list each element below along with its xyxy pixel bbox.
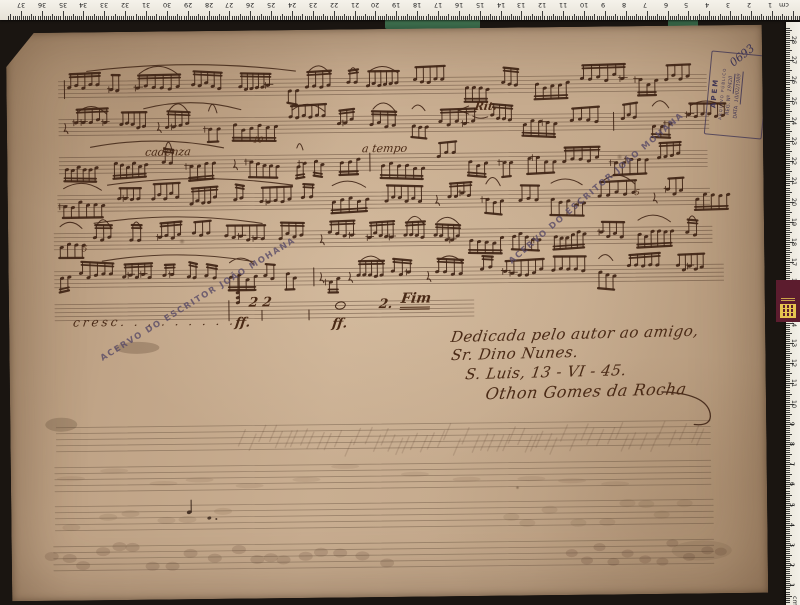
- ruler-tick: [127, 16, 128, 20]
- ruler-number: 17: [434, 1, 442, 9]
- ruler-tick: [267, 16, 268, 20]
- ruler-tick: [786, 416, 790, 417]
- ruler-tick: [786, 499, 790, 500]
- ruler-tick: [786, 107, 790, 108]
- ruler-tick: [148, 16, 149, 20]
- ruler-tick: [561, 16, 562, 20]
- archive-logo-icon: [780, 304, 796, 318]
- ruler-number: 28: [790, 36, 798, 44]
- ruler-tick: [501, 11, 502, 20]
- ruler-number: 23: [309, 1, 317, 9]
- ruler-tick: [786, 248, 790, 249]
- ruler-tick: [65, 16, 66, 20]
- ruler-tick: [33, 16, 34, 20]
- ruler-tick: [42, 11, 43, 20]
- ruler-tick: [46, 16, 47, 20]
- ff-dynamic: ff.: [234, 316, 251, 331]
- ruler-tick: [411, 16, 412, 20]
- ruler-tick: [786, 84, 790, 85]
- ruler-tick: [786, 434, 792, 435]
- ruler-tick: [786, 258, 790, 259]
- ruler-tick: [209, 11, 210, 20]
- ruler-tick: [17, 16, 18, 20]
- ruler-tick: [786, 454, 792, 455]
- ruler-tick: [634, 16, 635, 20]
- ruler-tick: [154, 16, 155, 20]
- ruler-tick: [786, 62, 790, 63]
- ruler-tick: [586, 16, 587, 20]
- ruler-tick: [284, 16, 285, 20]
- ruler-tick: [786, 345, 790, 346]
- ruler-tick: [786, 194, 790, 195]
- ruler-tick: [438, 11, 439, 20]
- ruler-tick: [359, 16, 360, 20]
- ruler-tick: [511, 14, 512, 21]
- ruler-tick: [555, 16, 556, 20]
- ruler-tick: [177, 14, 178, 21]
- ruler-tick: [761, 14, 762, 21]
- ruler-tick: [786, 381, 790, 382]
- ruler-tick: [786, 175, 790, 176]
- ruler-tick: [373, 16, 374, 20]
- fim-marking: Fim: [400, 290, 433, 309]
- ruler-tick: [111, 16, 112, 20]
- ruler-tick: [732, 16, 733, 20]
- ruler-tick: [720, 14, 721, 21]
- cadenza-marking: cadenza: [144, 145, 191, 159]
- ruler-tick: [369, 16, 370, 20]
- ruler-tick: [786, 414, 792, 415]
- ruler-tick: [786, 589, 790, 590]
- ruler-number: 18: [413, 1, 421, 9]
- ruler-tick: [642, 16, 643, 20]
- ruler-number: 27: [225, 1, 233, 9]
- ruler-tick: [211, 16, 212, 20]
- ruler-tick: [536, 16, 537, 20]
- ruler-tick: [603, 16, 604, 20]
- ruler-number: 23: [790, 137, 798, 145]
- ruler-tick: [296, 16, 297, 20]
- ruler-tick: [786, 575, 792, 576]
- ruler-tick: [703, 16, 704, 20]
- ruler-tick: [355, 11, 356, 20]
- ruler-tick: [786, 153, 790, 154]
- ruler-tick: [743, 16, 744, 20]
- ruler-tick: [786, 339, 790, 340]
- ruler-tick: [261, 14, 262, 21]
- ruler-tick: [79, 16, 80, 20]
- ruler-tick: [786, 139, 790, 140]
- ruler-tick: [786, 89, 790, 90]
- ruler-tick: [611, 16, 612, 20]
- ruler-tick: [108, 16, 109, 20]
- ruler-tick: [786, 567, 790, 568]
- ruler-tick: [786, 56, 790, 57]
- ruler-tick: [786, 400, 790, 401]
- ruler-tick: [715, 16, 716, 20]
- ruler-tick: [786, 331, 790, 332]
- ruler-tick: [786, 347, 790, 348]
- ruler-tick: [544, 16, 545, 20]
- ruler-tick: [786, 412, 790, 413]
- ruler-number: 2: [747, 1, 751, 9]
- ruler-tick: [192, 16, 193, 20]
- ruler-number: 12: [790, 359, 798, 367]
- ruler-tick: [25, 16, 26, 20]
- ruler-tick: [601, 16, 602, 20]
- ruler-tick: [755, 16, 756, 20]
- ruler-number: 34: [79, 1, 87, 9]
- ruler-tick: [225, 16, 226, 20]
- ruler-number: 30: [163, 1, 171, 9]
- ruler-tick: [313, 11, 314, 20]
- ruler-tick: [48, 16, 49, 20]
- ruler-tick: [553, 14, 554, 21]
- ruler-tick: [686, 16, 687, 20]
- ruler-tick: [786, 93, 790, 94]
- ruler-tick: [697, 16, 698, 20]
- ruler-number: 22: [330, 1, 338, 9]
- ruler-tick: [290, 16, 291, 20]
- ruler-tick: [569, 16, 570, 20]
- ruler-tick: [482, 16, 483, 20]
- ruler-tick: [786, 157, 790, 158]
- ruler-tick: [786, 137, 790, 138]
- ruler-tick: [786, 28, 790, 29]
- ruler-tick: [749, 16, 750, 20]
- ruler-tick: [413, 16, 414, 20]
- ruler-tick: [786, 54, 790, 55]
- ruler-number: 37: [17, 1, 25, 9]
- ruler-tick: [505, 16, 506, 20]
- ruler-tick: [503, 16, 504, 20]
- ruler-tick: [786, 228, 790, 229]
- ruler-tick: [131, 16, 132, 20]
- ruler-tick: [275, 16, 276, 20]
- ruler-tick: [786, 592, 790, 593]
- ruler-tick: [357, 16, 358, 20]
- archive-sticker: [776, 280, 800, 322]
- ruler-tick: [417, 11, 418, 20]
- ruler-tick: [423, 16, 424, 20]
- ruler-tick: [323, 14, 324, 21]
- ruler-tick: [786, 450, 790, 451]
- ruler-tick: [786, 466, 790, 467]
- ruler-tick: [13, 16, 14, 20]
- ruler-tick: [474, 16, 475, 20]
- ruler-number: 1: [768, 1, 772, 9]
- ruler-tick: [786, 131, 792, 132]
- ruler-tick: [786, 436, 790, 437]
- ruler-tick: [786, 78, 790, 79]
- ruler-tick: [223, 16, 224, 20]
- ruler-tick: [171, 16, 172, 20]
- ruler-tick: [311, 16, 312, 20]
- ruler-tick: [348, 16, 349, 20]
- ruler-tick: [129, 16, 130, 20]
- ruler-tick: [786, 220, 790, 221]
- ruler-tick: [38, 16, 39, 20]
- ruler-tick: [786, 99, 790, 100]
- ruler-tick: [557, 16, 558, 20]
- count-marking: 2.: [378, 297, 394, 312]
- ruler-tick: [786, 458, 790, 459]
- ruler-tick: [757, 16, 758, 20]
- ruler-tick: [786, 58, 790, 59]
- ruler-tick: [19, 16, 20, 20]
- ruler-tick: [786, 232, 792, 233]
- ruler-tick: [169, 16, 170, 20]
- ruler-tick: [786, 244, 790, 245]
- ruler-tick: [327, 16, 328, 20]
- ruler-tick: [286, 16, 287, 20]
- ruler-tick: [509, 16, 510, 20]
- ruler-tick: [398, 16, 399, 20]
- ruler-tick: [40, 16, 41, 20]
- ruler-tick: [175, 16, 176, 20]
- ruler-tick: [161, 16, 162, 20]
- ruler-tick: [786, 34, 790, 35]
- ruler-tick: [50, 16, 51, 20]
- ruler-tick: [786, 408, 790, 409]
- ruler-tick: [305, 16, 306, 20]
- ruler-tick: [718, 16, 719, 20]
- ruler-tick: [490, 14, 491, 21]
- ruler-tick: [280, 16, 281, 20]
- ruler-tick: [465, 16, 466, 20]
- ruler-tick: [786, 48, 790, 49]
- ruler-tick: [217, 16, 218, 20]
- ruler-tick: [786, 167, 790, 168]
- ruler-tick: [786, 456, 790, 457]
- ruler-tick: [636, 14, 637, 21]
- ruler-tick: [780, 16, 781, 20]
- ruler-tick: [480, 11, 481, 20]
- ruler-tick: [786, 200, 790, 201]
- ruler-tick: [342, 16, 343, 20]
- ruler-tick: [282, 14, 283, 21]
- ruler-tick: [486, 16, 487, 20]
- ruler-tick: [682, 16, 683, 20]
- ruler-tick: [198, 14, 199, 21]
- ruler-tick: [415, 16, 416, 20]
- ruler-tick: [229, 11, 230, 20]
- ruler-tick: [786, 367, 790, 368]
- ruler-tick: [786, 371, 790, 372]
- ruler-tick: [663, 16, 664, 20]
- ruler-tick: [528, 16, 529, 20]
- ruler-tick: [492, 16, 493, 20]
- ruler-tick: [630, 16, 631, 20]
- ruler-number: 9: [788, 422, 796, 426]
- ruler-tick: [651, 16, 652, 20]
- ruler-tick: [786, 204, 790, 205]
- ruler-tick: [786, 430, 790, 431]
- ruler-tick: [549, 16, 550, 20]
- ruler-tick: [394, 16, 395, 20]
- ruler-tick: [69, 16, 70, 20]
- ruler-tick: [730, 11, 731, 20]
- ruler-number: 13: [790, 339, 798, 347]
- ruler-tick: [786, 234, 790, 235]
- dedication-line: Sr. Dino Nunes.: [450, 343, 580, 364]
- ruler-tick: [609, 16, 610, 20]
- ruler-tick: [298, 16, 299, 20]
- ruler-tick: [707, 16, 708, 20]
- ruler-tick: [786, 165, 790, 166]
- ruler-tick: [786, 579, 790, 580]
- ruler-tick: [786, 171, 792, 172]
- ruler-tick: [726, 16, 727, 20]
- ruler-tick: [307, 16, 308, 20]
- ruler-tick: [786, 208, 790, 209]
- ruler-tick: [375, 11, 376, 20]
- ruler-tick: [786, 420, 790, 421]
- ruler-tick: [690, 16, 691, 20]
- ruler-tick: [786, 375, 790, 376]
- ruler-tick: [786, 64, 790, 65]
- ruler-tick: [626, 11, 627, 20]
- ruler-tick: [334, 11, 335, 20]
- ruler-tick: [115, 14, 116, 21]
- ruler-tick: [83, 11, 84, 20]
- ruler-tick: [786, 398, 790, 399]
- ruler-tick: [269, 16, 270, 20]
- ruler-tick: [786, 147, 790, 148]
- ruler-tick: [499, 16, 500, 20]
- ruler-number: 24: [790, 117, 798, 125]
- ruler-tick: [786, 76, 790, 77]
- ruler-tick: [86, 16, 87, 20]
- ruler-tick: [138, 16, 139, 20]
- ruler-number: 26: [246, 1, 254, 9]
- ruler-tick: [628, 16, 629, 20]
- ruler-tick: [786, 440, 790, 441]
- ruler-tick: [786, 115, 790, 116]
- ruler-tick: [786, 192, 792, 193]
- ruler-tick: [786, 385, 790, 386]
- ruler-tick: [786, 509, 790, 510]
- ruler-tick: [786, 135, 790, 136]
- ruler-number: 22: [790, 157, 798, 165]
- ruler-number: 35: [59, 1, 67, 9]
- ruler-tick: [461, 16, 462, 20]
- ruler-tick: [786, 470, 790, 471]
- ruler-number: 11: [559, 1, 567, 9]
- ruler-tick: [678, 14, 679, 21]
- ruler-tick: [786, 351, 790, 352]
- ruler-tick: [31, 14, 32, 21]
- ruler-tick: [271, 11, 272, 20]
- ruler-tick: [786, 216, 790, 217]
- ruler-tick: [254, 16, 255, 20]
- ruler-tick: [786, 256, 790, 257]
- ruler-tick: [344, 14, 345, 21]
- ruler-tick: [113, 16, 114, 20]
- ruler-tick: [766, 16, 767, 20]
- ruler-tick: [786, 212, 792, 213]
- horizontal-ruler: 3736353433323130292827262524232221201918…: [0, 0, 800, 20]
- ruler-tick: [786, 268, 790, 269]
- ruler-number: 3: [788, 543, 796, 547]
- ruler-number: 8: [622, 1, 626, 9]
- ruler-tick: [471, 16, 472, 20]
- ruler-tick: [156, 14, 157, 21]
- ruler-tick: [786, 468, 790, 469]
- ruler-tick: [786, 602, 790, 603]
- ruler-tick: [259, 16, 260, 20]
- ruler-tick: [672, 16, 673, 20]
- ruler-tick: [578, 16, 579, 20]
- ruler-tick: [786, 82, 790, 83]
- ruler-tick: [432, 16, 433, 20]
- ruler-tick: [786, 169, 790, 170]
- ruler-number: 21: [790, 177, 798, 185]
- ruler-tick: [227, 16, 228, 20]
- sticker-text-line: [781, 298, 795, 299]
- ruler-tick: [221, 16, 222, 20]
- ruler-tick: [786, 549, 790, 550]
- ruler-tick: [786, 274, 790, 275]
- ruler-tick: [35, 16, 36, 20]
- dedication-date-line: S. Luis, 13 - VI - 45.: [464, 361, 628, 383]
- ruler-tick: [680, 16, 681, 20]
- ruler-tick: [496, 16, 497, 20]
- ruler-number: 4: [705, 1, 709, 9]
- ruler-tick: [786, 119, 790, 120]
- ruler-tick: [409, 16, 410, 20]
- ruler-tick: [786, 329, 790, 330]
- ruler-tick: [786, 495, 792, 496]
- ruler-tick: [786, 488, 790, 489]
- ruler-tick: [252, 16, 253, 20]
- ruler-tick: [446, 16, 447, 20]
- ruler-tick: [786, 535, 792, 536]
- ruler-tick: [60, 16, 61, 20]
- ruler-tick: [770, 16, 771, 20]
- ruler-tick: [786, 30, 792, 31]
- ruler-tick: [288, 16, 289, 20]
- ruler-tick: [8, 16, 9, 20]
- ruler-tick: [371, 16, 372, 20]
- ruler-tick: [795, 16, 796, 20]
- ruler-tick: [786, 206, 790, 207]
- ruler-tick: [786, 236, 790, 237]
- ruler-tick: [786, 196, 790, 197]
- ruler-tick: [655, 16, 656, 20]
- tuplet-number: 5: [82, 244, 88, 253]
- ruler-tick: [786, 369, 790, 370]
- ruler-tick: [786, 551, 790, 552]
- ruler-tick: [277, 16, 278, 20]
- ruler-tick: [584, 11, 585, 20]
- ruler-number: 20: [790, 197, 798, 205]
- ruler-tick: [797, 16, 798, 20]
- ruler-number: 10: [790, 399, 798, 407]
- ruler-tick: [521, 11, 522, 20]
- ruler-tick: [784, 16, 785, 20]
- ruler-tick: [786, 214, 790, 215]
- ruler-tick: [515, 16, 516, 20]
- ruler-tick: [332, 16, 333, 20]
- ruler-tick: [786, 547, 790, 548]
- ruler-tick: [250, 11, 251, 20]
- ruler-tick: [605, 11, 606, 20]
- ruler-tick: [346, 16, 347, 20]
- ruler-tick: [430, 16, 431, 20]
- ruler-tick: [196, 16, 197, 20]
- ruler-tick: [574, 14, 575, 21]
